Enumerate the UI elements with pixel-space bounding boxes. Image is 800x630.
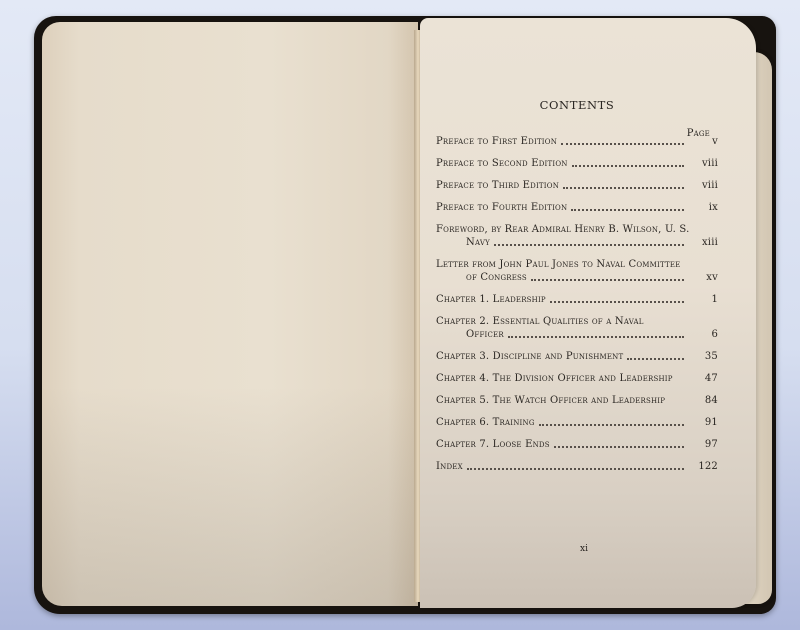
toc-entry-label: Foreword, by Rear Admiral Henry B. Wilso… — [436, 223, 718, 236]
toc-entry-page: 1 — [688, 293, 718, 306]
toc-entry-label-continued: Navy — [466, 236, 490, 249]
toc-entry-page: 84 — [688, 394, 718, 407]
toc-entry-page: viii — [688, 157, 718, 170]
left-page-blank — [42, 22, 418, 606]
leader-dots — [563, 186, 684, 189]
toc-entry: Chapter 7. Loose Ends97 — [436, 438, 718, 451]
toc-entry-page: 47 — [688, 372, 718, 385]
page-number-folio: xi — [580, 544, 588, 554]
toc-entry-label: Preface to Third Edition — [436, 179, 559, 192]
leader-dots — [627, 357, 684, 360]
toc-entry-label: Chapter 4. The Division Officer and Lead… — [436, 372, 673, 385]
toc-entry-page: v — [688, 135, 718, 148]
toc-entry: Foreword, by Rear Admiral Henry B. Wilso… — [436, 223, 718, 249]
toc-entry-label: Letter from John Paul Jones to Naval Com… — [436, 258, 718, 271]
toc-entry-label: Chapter 6. Training — [436, 416, 535, 429]
toc-entry: Chapter 4. The Division Officer and Lead… — [436, 372, 718, 385]
toc-entry-page: 6 — [688, 328, 718, 341]
leader-dots — [494, 243, 684, 246]
toc-entry-label: Preface to Fourth Edition — [436, 201, 567, 214]
toc-entry-label: Chapter 5. The Watch Officer and Leaders… — [436, 394, 665, 407]
toc-entry-page: xiii — [688, 236, 718, 249]
toc-entry-label: Chapter 7. Loose Ends — [436, 438, 550, 451]
toc-entry-page: viii — [688, 179, 718, 192]
toc-entry-label-continued: Officer — [466, 328, 504, 341]
toc-entry-page: ix — [688, 201, 718, 214]
toc-entry-label: Preface to First Edition — [436, 135, 557, 148]
toc-entry: Chapter 3. Discipline and Punishment35 — [436, 350, 718, 363]
leader-dots — [561, 142, 684, 145]
toc-entry: Preface to Second Editionviii — [436, 157, 718, 170]
toc-entry: Index122 — [436, 460, 718, 473]
toc-entry-page: xv — [688, 271, 718, 284]
toc-entry-label: Chapter 3. Discipline and Punishment — [436, 350, 623, 363]
leader-dots — [467, 467, 684, 470]
toc-entry-label: Index — [436, 460, 463, 473]
leader-dots — [539, 423, 684, 426]
leader-dots — [571, 208, 684, 211]
toc-entry: Chapter 2. Essential Qualities of a Nava… — [436, 315, 718, 341]
toc-entry-page: 122 — [688, 460, 718, 473]
leader-dots — [554, 445, 684, 448]
toc-entry: Chapter 5. The Watch Officer and Leaders… — [436, 394, 718, 407]
leader-dots — [531, 278, 684, 281]
toc-entry: Preface to First Editionv — [436, 135, 718, 148]
toc-entry-label: Chapter 2. Essential Qualities of a Nava… — [436, 315, 718, 328]
contents-title: CONTENTS — [436, 98, 718, 112]
toc-entry: Preface to Fourth Editionix — [436, 201, 718, 214]
toc-entry-label: Chapter 1. Leadership — [436, 293, 546, 306]
toc-entry: Letter from John Paul Jones to Naval Com… — [436, 258, 718, 284]
toc-entry-label-continued: of Congress — [466, 271, 527, 284]
toc-entry: Preface to Third Editionviii — [436, 179, 718, 192]
toc-entry-label: Preface to Second Edition — [436, 157, 568, 170]
table-of-contents: CONTENTS Page Preface to First EditionvP… — [436, 98, 718, 482]
toc-entry-list: Preface to First EditionvPreface to Seco… — [436, 135, 718, 473]
toc-entry-page: 35 — [688, 350, 718, 363]
leader-dots — [572, 164, 684, 167]
toc-entry-page: 97 — [688, 438, 718, 451]
leader-dots — [508, 335, 684, 338]
leader-dots — [550, 300, 684, 303]
toc-entry: Chapter 6. Training91 — [436, 416, 718, 429]
toc-entry-page: 91 — [688, 416, 718, 429]
toc-entry: Chapter 1. Leadership1 — [436, 293, 718, 306]
